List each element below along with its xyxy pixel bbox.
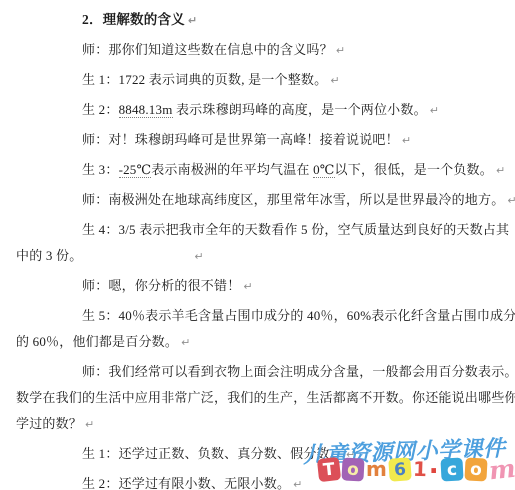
text-segment: 生 1：1722 表示词典的页数, 是一个整数。 [82,72,327,87]
text-segment: 表示珠穆朗玛峰的高度，是一个两位小数。 [173,102,427,117]
text-line: 师：南极洲处在地球高纬度区，那里常年冰雪，所以是世界最冷的地方。↵ [16,187,509,213]
text-line: 数学在我们的生活中应用非常广泛，我们的生产，生活都离不开数。你还能说出哪些你 [16,385,509,411]
logo-letter: c [440,457,463,481]
logo-letter: . [429,454,439,477]
text-segment: 师：南极洲处在地球高纬度区，那里常年冰雪，所以是世界最冷的地方。 [82,192,504,207]
text-line: 师：对！珠穆朗玛峰可是世界第一高峰！接着说说吧！↵ [16,127,509,153]
text-segment: 生 3： [82,162,119,177]
document-page: 2．理解数的含义↵师：那你们知道这些数在信息中的含义吗？↵生 1：1722 表示… [0,0,515,490]
spellcheck-underlined-text: 8848.13m [119,102,173,118]
text-line: 师：那你们知道这些数在信息中的含义吗？↵ [16,37,509,63]
logo-letter: T [317,457,341,482]
paragraph-mark-icon: ↵ [188,14,197,27]
text-segment: 师：那你们知道这些数在信息中的含义吗？ [82,42,333,57]
text-line: 的 60％，他们都是百分数。↵ [16,329,509,355]
text-line: 生 4：3/5 表示把我市全年的天数看作 5 份，空气质量达到良好的天数占其 [16,217,509,243]
logo-letter: o [464,457,487,481]
text-segment: 的 60％，他们都是百分数。 [16,334,178,349]
spellcheck-underlined-text: 0℃ [313,162,334,178]
text-segment: 生 2： [82,102,119,117]
text-segment: 学过的数？ [16,416,82,431]
text-segment: 生 4：3/5 表示把我市全年的天数看作 5 份，空气质量达到良好的天数占其 [82,222,509,237]
text-segment: 中的 3 份。 [16,248,82,263]
text-line: 生 3：-25℃表示南极洲的年平均气温在 0℃以下，很低，是一个负数。↵ [16,157,509,183]
logo-letter: m [366,458,387,481]
text-line: 师：我们经常可以看到衣物上面会注明成分含量，一般都会用百分数表示。 [16,359,509,385]
text-line: 生 5：40％表示羊毛含量占围巾成分的 40％，60%表示化纤含量占围巾成分 [16,303,509,329]
paragraph-mark-icon: ↵ [330,74,339,87]
text-line: 生 2：8848.13m 表示珠穆朗玛峰的高度，是一个两位小数。↵ [16,97,509,123]
paragraph-mark-icon: ↵ [507,194,515,207]
tom61-logo: Tom61.com [318,458,515,481]
logo-letter: 6 [388,457,412,481]
text-segment: 师：对！珠穆朗玛峰可是世界第一高峰！接着说说吧！ [82,132,399,147]
paragraph-mark-icon: ↵ [181,336,190,349]
text-line: 中的 3 份。↵ [16,243,509,269]
paragraph-mark-icon: ↵ [430,104,439,117]
paragraph-mark-icon: ↵ [293,478,302,490]
text-line: 生 1：1722 表示词典的页数, 是一个整数。↵ [16,67,509,93]
paragraph-mark-icon: ↵ [336,44,345,57]
paragraph-mark-icon: ↵ [85,418,94,431]
document-title: 2．理解数的含义↵ [16,7,509,33]
document-body: 2．理解数的含义↵师：那你们知道这些数在信息中的含义吗？↵生 1：1722 表示… [16,7,509,490]
logo-letter: m [488,457,515,483]
text-segment: 表示南极洲的年平均气温在 [151,162,313,177]
paragraph-mark-icon: ↵ [243,280,252,293]
text-segment: 数学在我们的生活中应用非常广泛，我们的生产，生活都离不开数。你还能说出哪些你 [16,390,515,405]
text-segment: 师：嗯，你分析的很不错！ [82,278,240,293]
text-segment: 生 5：40％表示羊毛含量占围巾成分的 40％，60%表示化纤含量占围巾成分 [82,308,515,323]
text-segment: 2．理解数的含义 [82,12,185,27]
logo-letter: o [341,457,364,481]
text-line: 师：嗯，你分析的很不错！↵ [16,273,509,299]
paragraph-mark-icon: ↵ [496,164,505,177]
text-segment: 生 2：还学过有限小数、无限小数。 [82,476,290,490]
spellcheck-underlined-text: -25℃ [119,162,152,178]
paragraph-mark-icon: ↵ [194,250,203,263]
text-segment: 以下，很低，是一个负数。 [335,162,493,177]
paragraph-mark-icon: ↵ [402,134,411,147]
text-segment: 师：我们经常可以看到衣物上面会注明成分含量，一般都会用百分数表示。 [82,364,515,379]
logo-letter: 1 [412,458,427,481]
